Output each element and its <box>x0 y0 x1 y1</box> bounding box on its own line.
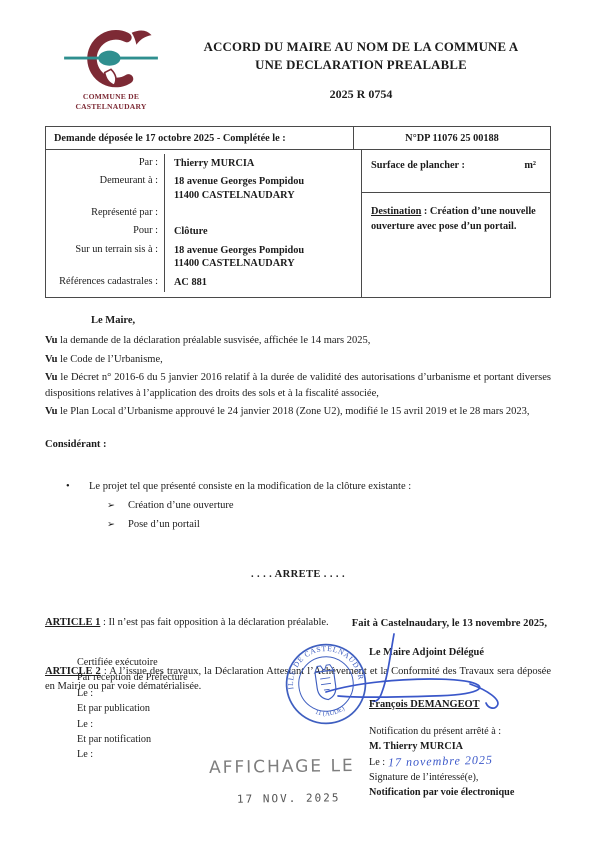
executory-line: Le : <box>77 717 188 732</box>
document-header: COMMUNE DE CASTELNAUDARY ACCORD DU MAIRE… <box>45 26 551 111</box>
affichage-stamp: AFFICHAGE LE <box>209 756 355 778</box>
vu-prefix: Vu <box>45 354 57 365</box>
file-number: N°DP 11076 25 00188 <box>353 127 550 149</box>
document-title-line1: ACCORD DU MAIRE AU NOM DE LA COMMUNE A <box>177 38 545 56</box>
document-page: COMMUNE DE CASTELNAUDARY ACCORD DU MAIRE… <box>0 0 595 842</box>
sub-bullet-item: ➢ Pose d’un portail <box>107 517 551 534</box>
salutation: Le Maire, <box>91 313 551 329</box>
vu-paragraph: Vu le Plan Local d’Urbanisme approuvé le… <box>45 404 551 420</box>
row-value <box>164 205 361 223</box>
notification-date-line: Le : 17 novembre 2025 <box>369 754 514 770</box>
executory-line: Et par notification <box>77 732 188 747</box>
considerant-heading: Considérant : <box>45 437 551 453</box>
document-title: ACCORD DU MAIRE AU NOM DE LA COMMUNE A U… <box>177 38 545 74</box>
project-details: Surface de plancher : m² Destination : C… <box>361 150 550 297</box>
table-row: Références cadastrales : AC 881 <box>46 273 361 292</box>
document-title-line2: UNE DECLARATION PREALABLE <box>177 56 545 74</box>
table-main: Par : Thierry MURCIA Demeurant à : 18 av… <box>46 150 550 297</box>
place-date-line: Fait à Castelnaudary, le 13 novembre 202… <box>352 618 547 629</box>
document-content: COMMUNE DE CASTELNAUDARY ACCORD DU MAIRE… <box>0 0 595 695</box>
commune-name-line1: COMMUNE DE <box>45 92 177 102</box>
executory-line: Certifiée exécutoire <box>77 655 188 670</box>
table-row: Sur un terrain sis à : 18 avenue Georges… <box>46 241 361 273</box>
application-info-table: Demande déposée le 17 octobre 2025 - Com… <box>45 126 551 298</box>
deposit-date-label: Demande déposée le 17 octobre 2025 - Com… <box>46 127 353 149</box>
vu-text: la demande de la déclaration préalable s… <box>57 335 370 346</box>
row-label: Références cadastrales : <box>46 273 164 292</box>
row-label: Pour : <box>46 223 164 242</box>
commune-name: COMMUNE DE CASTELNAUDARY <box>45 92 177 111</box>
signature-footer-zone: Fait à Castelnaudary, le 13 novembre 202… <box>0 608 595 842</box>
bullet-icon: • <box>66 479 89 495</box>
table-row: Par : Thierry MURCIA <box>46 154 361 173</box>
signer-name: François DEMANGEOT <box>369 699 480 710</box>
vu-paragraph: Vu le Code de l’Urbanisme, <box>45 352 551 368</box>
notification-date-label: Le : <box>369 757 385 768</box>
executory-line: Par réception de Préfecture <box>77 670 188 685</box>
notification-heading: Notification du présent arrêté à : <box>369 724 514 739</box>
table-row: Pour : Clôture <box>46 223 361 242</box>
surface-label: Surface de plancher : <box>371 160 465 192</box>
executory-line: Et par publication <box>77 701 188 716</box>
applicant-details: Par : Thierry MURCIA Demeurant à : 18 av… <box>46 150 361 297</box>
row-label: Sur un terrain sis à : <box>46 241 164 273</box>
arrow-bullet-icon: ➢ <box>107 517 128 534</box>
commune-logo: COMMUNE DE CASTELNAUDARY <box>45 26 177 111</box>
commune-name-line2: CASTELNAUDARY <box>45 102 177 112</box>
row-label: Demeurant à : <box>46 173 164 205</box>
document-reference: 2025 R 0754 <box>177 87 545 102</box>
notification-block: Notification du présent arrêté à : M. Th… <box>369 724 514 800</box>
surface-cell: Surface de plancher : m² <box>362 150 550 193</box>
sub-bullet-text: Création d’une ouverture <box>128 498 234 515</box>
row-value: 18 avenue Georges Pompidou 11400 CASTELN… <box>164 241 361 273</box>
vu-prefix: Vu <box>45 406 57 417</box>
bullet-item: • Le projet tel que présenté consiste en… <box>66 479 551 495</box>
row-value: 18 avenue Georges Pompidou 11400 CASTELN… <box>164 173 361 205</box>
table-row: Demeurant à : 18 avenue Georges Pompidou… <box>46 173 361 205</box>
sub-bullet-item: ➢ Création d’une ouverture <box>107 498 551 515</box>
vu-paragraph: Vu le Décret n° 2016-6 du 5 janvier 2016… <box>45 370 551 401</box>
row-label: Représenté par : <box>46 205 164 223</box>
executory-line: Le : <box>77 686 188 701</box>
notification-signature-line: Signature de l’intéressé(e), <box>369 770 514 785</box>
title-block: ACCORD DU MAIRE AU NOM DE LA COMMUNE A U… <box>177 26 551 102</box>
handwritten-date: 17 novembre 2025 <box>387 753 492 771</box>
vu-text: le Décret n° 2016-6 du 5 janvier 2016 re… <box>45 372 551 399</box>
row-label: Par : <box>46 154 164 173</box>
notification-mode: Notification par voie électronique <box>369 785 514 800</box>
vu-prefix: Vu <box>45 372 57 383</box>
arrow-bullet-icon: ➢ <box>107 498 128 515</box>
destination-cell: Destination : Création d’une nouvelle ou… <box>362 193 550 297</box>
row-value: Thierry MURCIA <box>164 154 361 173</box>
bullet-text: Le projet tel que présenté consiste en l… <box>89 479 411 495</box>
sub-bullet-text: Pose d’un portail <box>128 517 200 534</box>
row-value: AC 881 <box>164 273 361 292</box>
executory-line: Le : <box>77 747 188 762</box>
vu-prefix: Vu <box>45 335 57 346</box>
affichage-date-stamp: 17 NOV. 2025 <box>237 791 341 805</box>
vu-text: le Code de l’Urbanisme, <box>57 354 162 365</box>
destination-label: Destination <box>371 206 421 217</box>
vu-text: le Plan Local d’Urbanisme approuvé le 24… <box>57 406 529 417</box>
surface-unit: m² <box>524 160 536 192</box>
table-row-deposit: Demande déposée le 17 octobre 2025 - Com… <box>46 127 550 150</box>
row-value: Clôture <box>164 223 361 242</box>
executory-block: Certifiée exécutoire Par réception de Pr… <box>77 655 188 763</box>
commune-logo-icon <box>63 28 159 90</box>
table-row: Représenté par : <box>46 205 361 223</box>
vu-paragraph: Vu la demande de la déclaration préalabl… <box>45 333 551 349</box>
mayor-signature <box>310 632 520 727</box>
arrete-heading: . . . . ARRETE . . . . <box>45 567 551 583</box>
